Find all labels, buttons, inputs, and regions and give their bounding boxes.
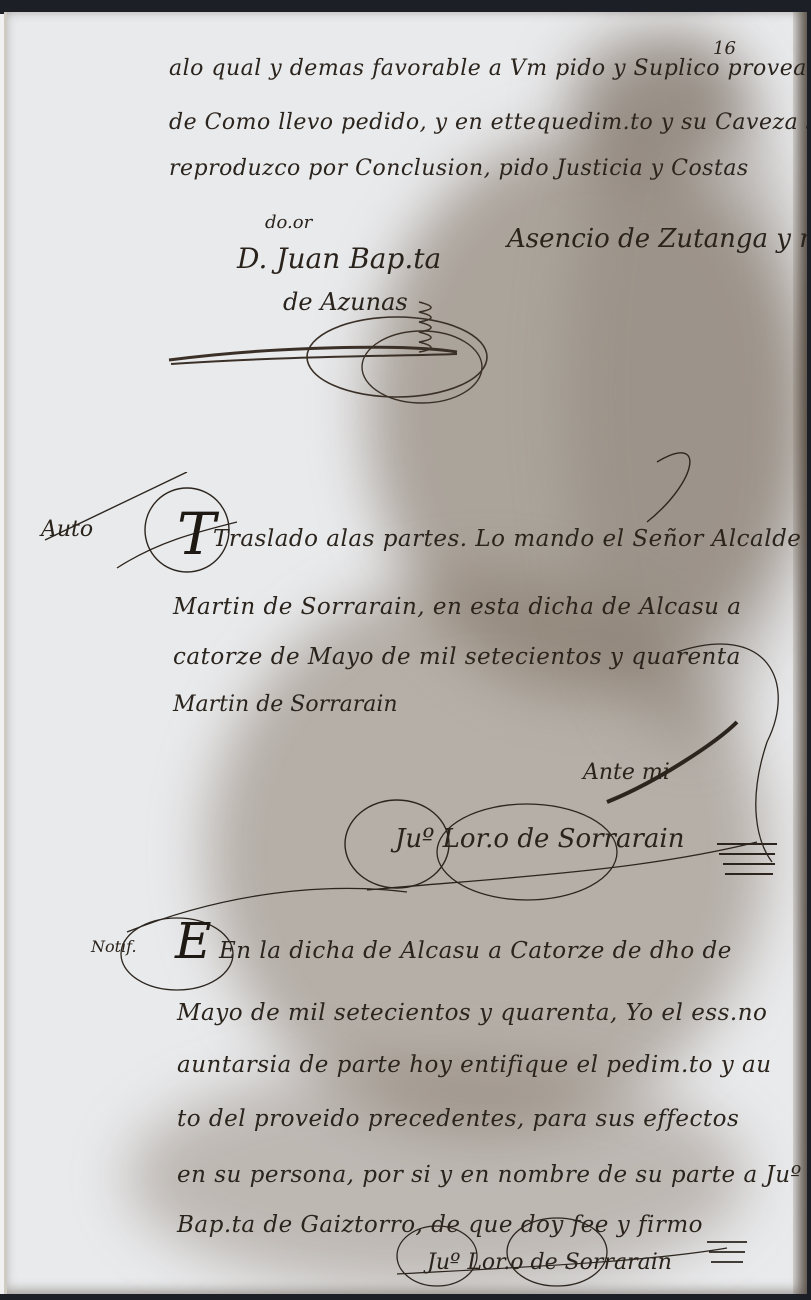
margin-label-notification: Notif. [91,937,137,956]
signature-asencio: Asencio de Zutanga y m [507,224,807,254]
notary-signature-1: Juº Lor.o de Sorrarain [395,824,684,854]
margin-label-auto: Auto [41,517,93,542]
petition-line-3: reproduzco por Conclusion, pido Justicia… [169,156,749,181]
auto-line-3: catorze de Mayo de mil setecientos y qua… [173,644,741,670]
water-stain [567,42,807,742]
notification-line-6: Bap.ta de Gaiztorro, de que doy fee y fi… [177,1212,703,1238]
auto-line-2: Martin de Sorrarain, en esta dicha de Al… [173,594,742,620]
notification-line-4: to del proveido precedentes, para sus ef… [177,1106,739,1132]
signature-alcalde: Martin de Sorrarain [173,692,398,717]
notification-initial-flourish [107,872,437,1002]
petition-line-2: de Como llevo pedido, y en ettequedim.to… [169,110,807,135]
dropcap-E: E [175,912,212,970]
signature-juan-bautista: D. Juan Bap.ta [237,242,441,275]
notary-signature-2: Juº Lor.o de Sorrarain [427,1250,672,1275]
scanned-manuscript: 16 alo qual y demas favorable a Vm pido … [0,0,811,1300]
notification-line-3: auntarsia de parte hoy entifique el pedi… [177,1052,772,1078]
worn-page-edge [793,12,807,1294]
dropcap-T: T [177,500,216,568]
signature-title: do.or [265,212,312,233]
petition-line-1: alo qual y demas favorable a Vm pido y S… [169,56,807,81]
manuscript-page: 16 alo qual y demas favorable a Vm pido … [4,12,807,1294]
notification-line-2: Mayo de mil setecientos y quarenta, Yo e… [177,1000,767,1026]
ante-mi-label: Ante mi [583,760,670,785]
auto-line-1: Traslado alas partes. Lo mando el Señor … [213,526,801,552]
signature-surname: de Azunas [283,288,408,316]
notification-line-5: en su persona, por si y en nombre de su … [177,1162,802,1188]
notification-line-1: En la dicha de Alcasu a Catorze de dho d… [219,938,732,964]
